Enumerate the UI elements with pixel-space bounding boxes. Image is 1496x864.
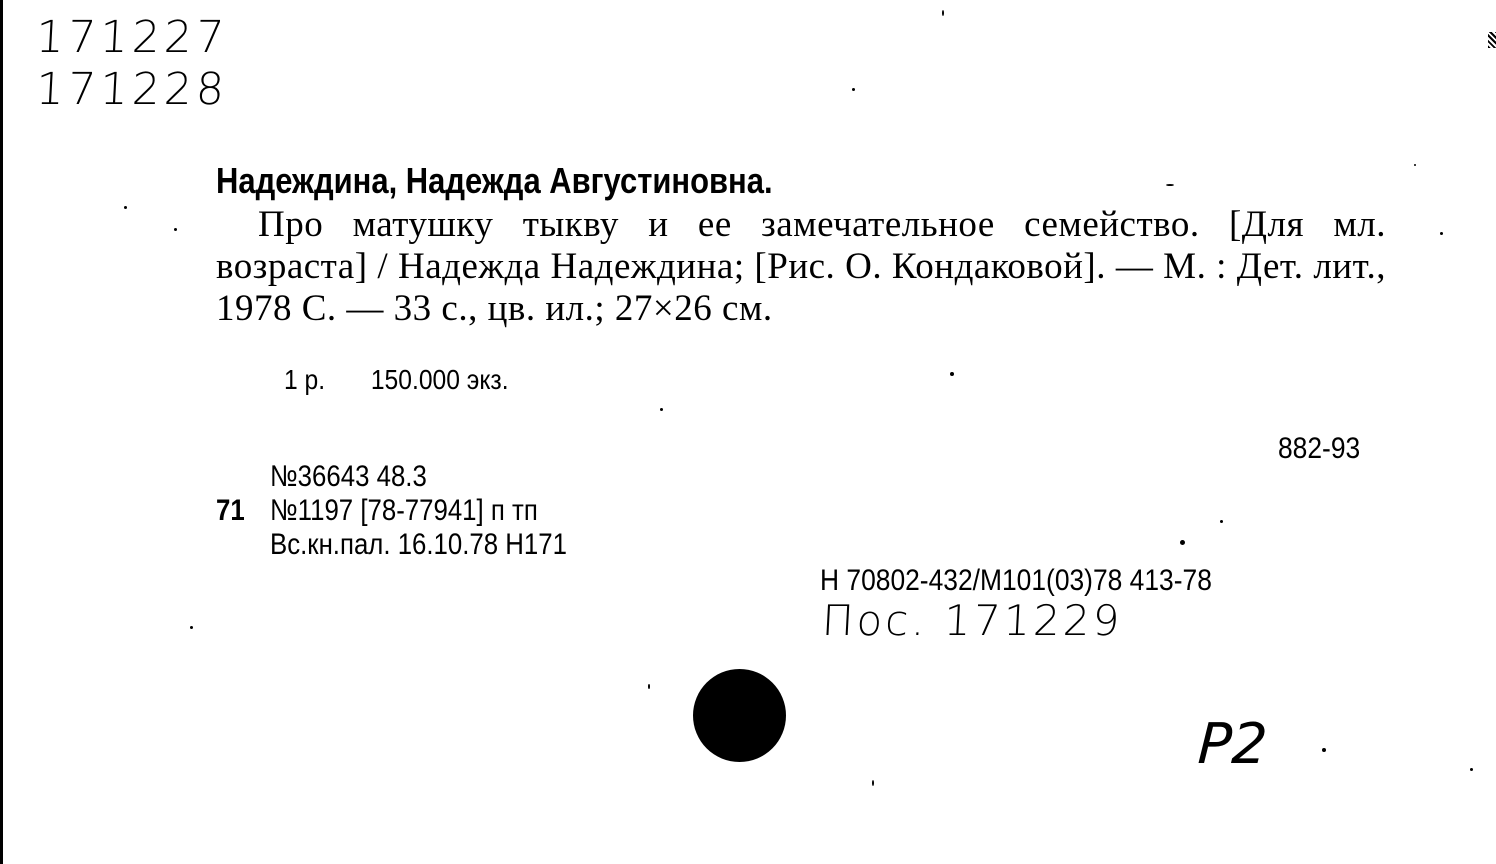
scan-speck [1322,748,1326,752]
handwritten-inventory-number-2: 171228 [35,64,230,115]
registration-number: №1197 [78-77941] п тп [270,494,538,528]
catalog-card: 171227 171228 Надеждина, Надежда Августи… [0,0,1496,864]
scan-speck [852,88,855,91]
order-number: №36643 48.3 [270,460,427,494]
scan-speck [1180,540,1185,545]
scan-speck [950,372,954,376]
print-run: 150.000 экз. [371,364,509,395]
scan-speck [942,10,944,16]
handwritten-initials: Р2 [1196,712,1269,777]
scan-speck [1440,232,1443,235]
card-edge-line [0,0,3,864]
author-heading: Надеждина, Надежда Августиновна. [216,160,773,202]
scan-speck [872,780,874,786]
card-series-number: 71 [216,494,245,528]
price-and-print-run: 1 р.150.000 экз. [284,364,509,396]
scan-speck [174,228,177,231]
scan-speck [190,626,193,629]
handwritten-inventory-number-1: 171227 [35,12,230,63]
classification-code: 882-93 [1278,432,1360,466]
publication-code-line: Н 70802-432/М101(03)78 413-78 [820,564,1212,598]
punch-hole [693,669,786,762]
price: 1 р. [284,364,325,395]
scan-speck [660,408,663,411]
scan-speck [648,684,650,689]
handwritten-acquisition-note: Пос. 171229 [821,596,1124,645]
scan-marker [1488,32,1496,48]
scan-speck [1220,520,1223,523]
scan-speck [1166,184,1174,186]
book-chamber-record: Вс.кн.пал. 16.10.78 Н171 [270,528,567,562]
scan-speck [1470,768,1473,771]
bibliographic-description: Про матушку тыкву и ее замечательное сем… [216,204,1386,330]
scan-speck [1414,164,1416,166]
scan-speck [124,206,127,209]
